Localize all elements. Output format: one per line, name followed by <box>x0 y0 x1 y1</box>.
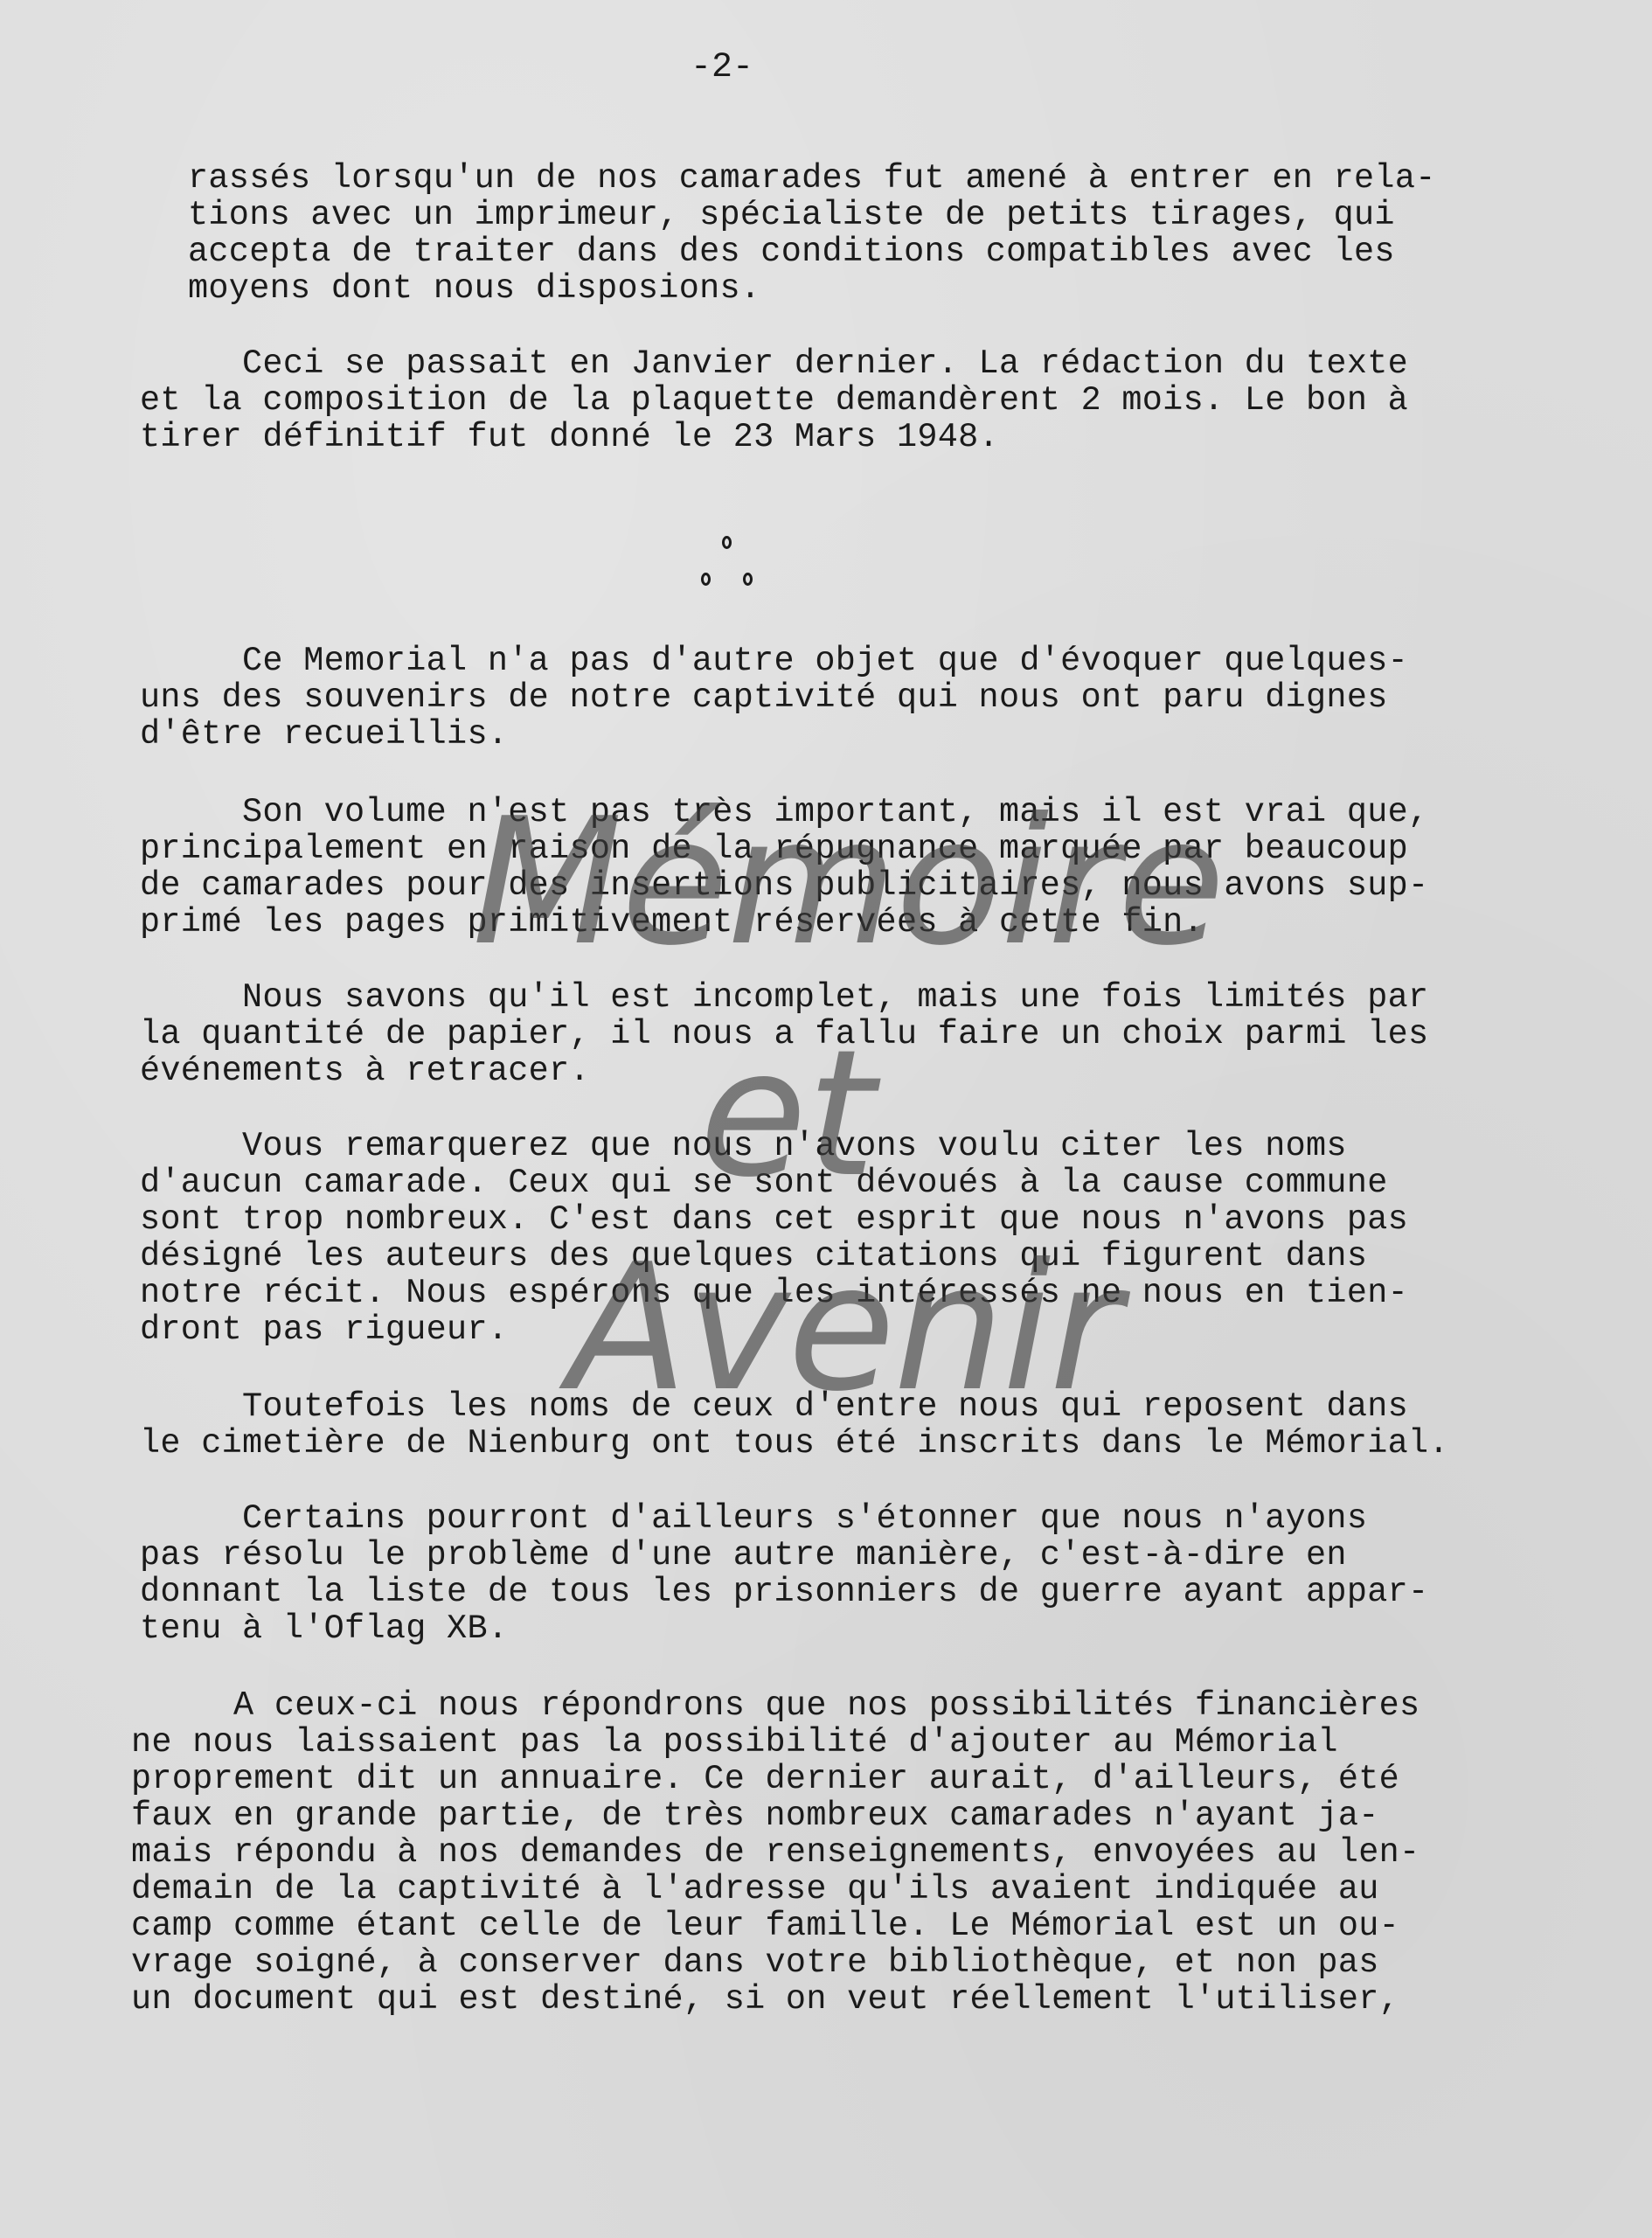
text-line: vrage soigné, à conserver dans votre bib… <box>131 1946 1379 1980</box>
text-line: accepta de traiter dans des conditions c… <box>188 235 1395 269</box>
text-line: ne nous laissaient pas la possibilité d'… <box>131 1726 1338 1760</box>
separator-dot <box>701 573 711 586</box>
text-line: de camarades pour des insertions publici… <box>140 869 1428 903</box>
text-line: la quantité de papier, il nous a fallu f… <box>140 1018 1428 1052</box>
text-line: le cimetière de Nienburg ont tous été in… <box>140 1427 1449 1461</box>
text-line: un document qui est destiné, si on veut … <box>131 1983 1399 2017</box>
text-line: désigné les auteurs des quelques citatio… <box>140 1240 1367 1274</box>
text-line: uns des souvenirs de notre captivité qui… <box>140 681 1388 715</box>
text-line: tenu à l'Oflag XB. <box>140 1612 508 1646</box>
text-line: camp comme étant celle de leur famille. … <box>131 1909 1399 1943</box>
text-line: donnant la liste de tous les prisonniers… <box>140 1575 1428 1609</box>
typewritten-page: -2- rassés lorsqu'un de nos camarades fu… <box>0 0 1652 2238</box>
separator-dot <box>743 573 753 586</box>
text-line: Vous remarquerez que nous n'avons voulu … <box>140 1129 1347 1164</box>
text-line: Son volume n'est pas très important, mai… <box>140 796 1428 830</box>
text-line: Toutefois les noms de ceux d'entre nous … <box>140 1390 1408 1424</box>
text-line: Certains pourront d'ailleurs s'étonner q… <box>140 1502 1367 1536</box>
separator-dot <box>722 536 732 549</box>
text-line: moyens dont nous disposions. <box>188 272 760 306</box>
page-number: -2- <box>691 48 753 87</box>
text-line: notre récit. Nous espérons que les intér… <box>140 1276 1408 1310</box>
text-line: d'être recueillis. <box>140 718 508 752</box>
text-line: proprement dit un annuaire. Ce dernier a… <box>131 1762 1399 1797</box>
text-line: demain de la captivité à l'adresse qu'il… <box>131 1873 1379 1907</box>
text-line: A ceux-ci nous répondrons que nos possib… <box>131 1689 1419 1723</box>
text-line: rassés lorsqu'un de nos camarades fut am… <box>188 162 1436 196</box>
text-line: tions avec un imprimeur, spécialiste de … <box>188 198 1395 233</box>
text-line: sont trop nombreux. C'est dans cet espri… <box>140 1203 1408 1237</box>
text-line: et la composition de la plaquette demand… <box>140 384 1408 418</box>
text-line: primé les pages primitivement réservées … <box>140 906 1204 940</box>
text-line: d'aucun camarade. Ceux qui se sont dévou… <box>140 1166 1388 1200</box>
text-line: faux en grande partie, de très nombreux … <box>131 1799 1379 1833</box>
text-line: dront pas rigueur. <box>140 1313 508 1347</box>
text-line: Ceci se passait en Janvier dernier. La r… <box>140 347 1408 381</box>
text-line: tirer définitif fut donné le 23 Mars 194… <box>140 420 999 455</box>
text-line: mais répondu à nos demandes de renseigne… <box>131 1836 1419 1870</box>
text-line: pas résolu le problème d'une autre maniè… <box>140 1539 1347 1573</box>
text-line: Nous savons qu'il est incomplet, mais un… <box>140 981 1428 1015</box>
text-line: événements à retracer. <box>140 1054 590 1088</box>
text-line: Ce Memorial n'a pas d'autre objet que d'… <box>140 644 1408 678</box>
text-line: principalement en raison de la répugnanc… <box>140 832 1408 866</box>
